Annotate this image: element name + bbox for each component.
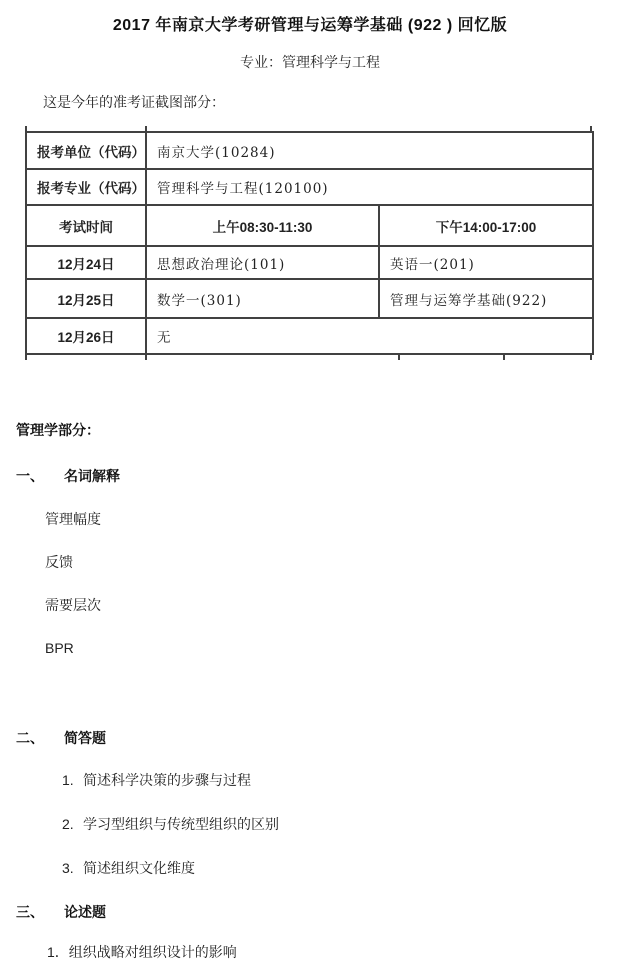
table-line-segment bbox=[145, 126, 147, 131]
section1-title: 名词解释 bbox=[64, 468, 120, 484]
term-item: 反馈 bbox=[45, 553, 101, 571]
unit-value-cell: 南京大学(10284) bbox=[146, 132, 593, 169]
term-item: 管理幅度 bbox=[45, 510, 101, 528]
section2-heading: 二、简答题 bbox=[16, 728, 106, 748]
question-number: 3. bbox=[62, 859, 83, 877]
question-item: 3.简述组织文化维度 bbox=[62, 859, 279, 877]
question-number: 2. bbox=[62, 815, 83, 833]
question-list: 1.简述科学决策的步骤与过程 2.学习型组织与传统型组织的区别 3.简述组织文化… bbox=[62, 771, 279, 877]
document-title: 2017 年南京大学考研管理与运筹学基础 (922 ) 回忆版 bbox=[0, 12, 620, 35]
day1-morning-cell: 思想政治理论(101) bbox=[146, 246, 379, 279]
unit-label-cell: 报考单位（代码） bbox=[26, 132, 146, 169]
table-line-segment bbox=[590, 126, 592, 131]
table-cropped-row-bottom bbox=[25, 355, 592, 360]
table-line-segment bbox=[145, 355, 147, 360]
major-label-cell: 报考专业（代码） bbox=[26, 169, 146, 205]
day3-label-cell: 12月26日 bbox=[26, 318, 146, 354]
document-subtitle: 专业：管理科学与工程 bbox=[0, 52, 620, 72]
exam-schedule-table: 报考单位（代码） 南京大学(10284) 报考专业（代码） 管理科学与工程(12… bbox=[25, 131, 594, 355]
table-row: 报考专业（代码） 管理科学与工程(120100) bbox=[26, 169, 593, 205]
table-row: 12月26日 无 bbox=[26, 318, 593, 354]
day3-value-cell: 无 bbox=[146, 318, 593, 354]
intro-text: 这是今年的准考证截图部分： bbox=[43, 92, 225, 112]
major-value-cell: 管理科学与工程(120100) bbox=[146, 169, 593, 205]
section2-title: 简答题 bbox=[64, 730, 106, 746]
table-line-segment bbox=[503, 355, 505, 360]
day1-label-cell: 12月24日 bbox=[26, 246, 146, 279]
section1-number: 一、 bbox=[16, 466, 64, 486]
table-line-segment bbox=[25, 355, 27, 360]
time-afternoon-cell: 下午14:00-17:00 bbox=[379, 205, 593, 246]
time-label-cell: 考试时间 bbox=[26, 205, 146, 246]
table-row: 报考单位（代码） 南京大学(10284) bbox=[26, 132, 593, 169]
section3-title: 论述题 bbox=[64, 904, 106, 920]
term-list: 管理幅度 反馈 需要层次 BPR bbox=[45, 510, 101, 657]
table-line-segment bbox=[398, 355, 400, 360]
term-item: 需要层次 bbox=[45, 596, 101, 614]
day1-afternoon-cell: 英语一(201) bbox=[379, 246, 593, 279]
section2-number: 二、 bbox=[16, 728, 64, 748]
essay-question-item: 1．组织战略对组织设计的影响 bbox=[47, 943, 237, 961]
section3-number: 三、 bbox=[16, 902, 64, 922]
section1-heading: 一、名词解释 bbox=[16, 466, 120, 486]
day2-afternoon-cell: 管理与运筹学基础(922) bbox=[379, 279, 593, 318]
question-number: 1. bbox=[62, 771, 83, 789]
question-text: 简述组织文化维度 bbox=[83, 860, 195, 876]
question-text: 学习型组织与传统型组织的区别 bbox=[83, 816, 279, 832]
document-page: 2017 年南京大学考研管理与运筹学基础 (922 ) 回忆版 专业：管理科学与… bbox=[0, 0, 620, 968]
table-row: 考试时间 上午08:30-11:30 下午14:00-17:00 bbox=[26, 205, 593, 246]
table-row: 12月24日 思想政治理论(101) 英语一(201) bbox=[26, 246, 593, 279]
term-item: BPR bbox=[45, 639, 101, 657]
time-morning-cell: 上午08:30-11:30 bbox=[146, 205, 379, 246]
question-text: 简述科学决策的步骤与过程 bbox=[83, 772, 251, 788]
admission-ticket-screenshot: 报考单位（代码） 南京大学(10284) 报考专业（代码） 管理科学与工程(12… bbox=[25, 126, 592, 360]
day2-label-cell: 12月25日 bbox=[26, 279, 146, 318]
section3-heading: 三、论述题 bbox=[16, 902, 106, 922]
table-line-segment bbox=[25, 126, 27, 131]
question-item: 1.简述科学决策的步骤与过程 bbox=[62, 771, 279, 789]
day2-morning-cell: 数学一(301) bbox=[146, 279, 379, 318]
question-item: 2.学习型组织与传统型组织的区别 bbox=[62, 815, 279, 833]
table-row: 12月25日 数学一(301) 管理与运筹学基础(922) bbox=[26, 279, 593, 318]
table-cropped-row-top bbox=[25, 126, 592, 131]
management-part-heading: 管理学部分： bbox=[16, 420, 100, 440]
table-line-segment bbox=[590, 355, 592, 360]
